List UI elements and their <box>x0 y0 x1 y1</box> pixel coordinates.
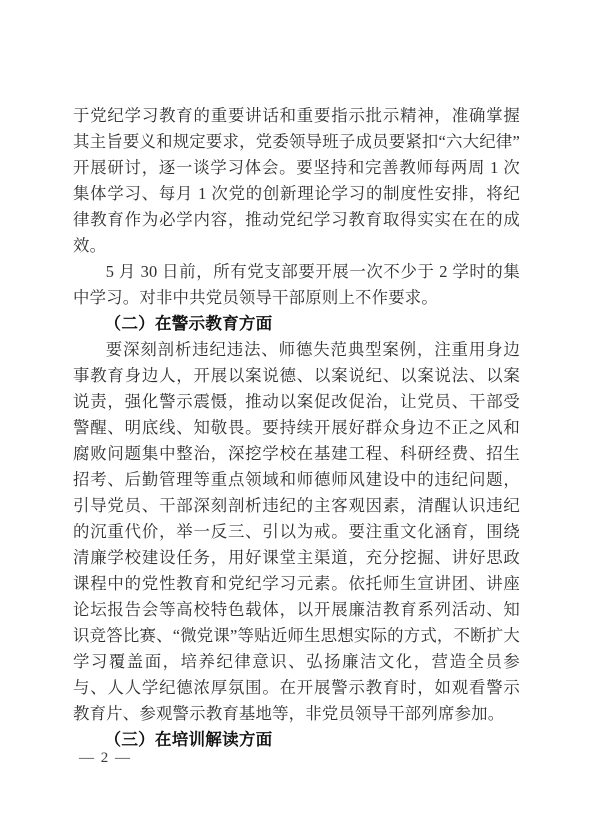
document-body: 于党纪学习教育的重要讲话和重要指示批示精神，准确掌握其主旨要义和规定要求，党委领… <box>73 103 520 753</box>
page-number: — 2 — <box>79 750 132 767</box>
document-page: 于党纪学习教育的重要讲话和重要指示批示精神，准确掌握其主旨要义和规定要求，党委领… <box>0 0 593 825</box>
paragraph-warning-education: 要深刻剖析违纪违法、师德失范典型案例，注重用身边事教育身边人，开展以案说德、以案… <box>73 337 520 727</box>
section-heading-training-interpretation: （三）在培训解读方面 <box>73 727 520 753</box>
section-heading-warning-education: （二）在警示教育方面 <box>73 311 520 337</box>
paragraph-continuation: 于党纪学习教育的重要讲话和重要指示批示精神，准确掌握其主旨要义和规定要求，党委领… <box>73 103 520 259</box>
paragraph-collective-study: 5 月 30 日前，所有党支部要开展一次不少于 2 学时的集中学习。对非中共党员… <box>73 259 520 311</box>
